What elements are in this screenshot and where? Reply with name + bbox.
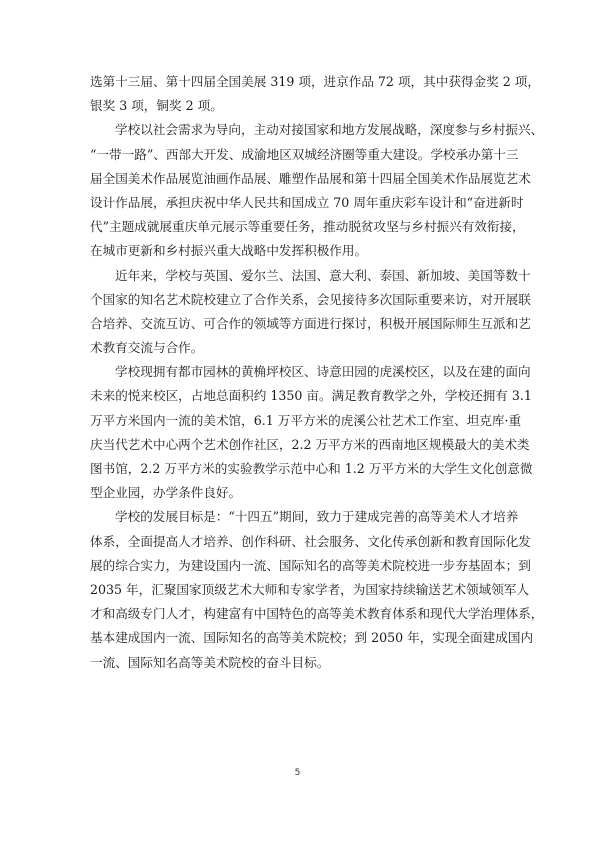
text-line: 图书馆，2.2 万平方米的实验教学示范中心和 1.2 万平方米的大学生文化创意微: [90, 457, 508, 481]
page-number: 5: [0, 768, 595, 778]
text-line: 学校以社会需求为导向，主动对接国家和地方发展战略，深度参与乡村振兴、: [90, 118, 508, 142]
text-line: 庆当代艺术中心两个艺术创作社区，2.2 万平方米的西南地区规模最大的美术类: [90, 433, 508, 457]
text-line: 术教育交流与合作。: [90, 336, 508, 360]
text-line: 万平方米国内一流的美术馆，6.1 万平方米的虎溪公社艺术工作室、坦克库·重: [90, 409, 508, 433]
paragraph-2: 学校以社会需求为导向，主动对接国家和地方发展战略，深度参与乡村振兴、 “一带一路…: [90, 118, 508, 263]
text-line: 基本建成国内一流、国际知名的高等美术院校；到 2050 年，实现全面建成国内: [90, 626, 508, 650]
text-line: 届全国美术作品展览油画作品展、雕塑作品展和第十四届全国美术作品展览艺术: [90, 167, 508, 191]
text-line: 设计作品展，承担庆祝中华人民共和国成立 70 周年重庆彩车设计和“奋进新时: [90, 191, 508, 215]
text-line: 型企业园，办学条件良好。: [90, 481, 508, 505]
text-line: 合培养、交流互访、可合作的领域等方面进行探讨，积极开展国际师生互派和艺: [90, 312, 508, 336]
text-line: 选第十三届、第十四届全国美展 319 项，进京作品 72 项，其中获得金奖 2 …: [90, 70, 508, 94]
text-line: 学校现拥有都市园林的黄桷坪校区、诗意田园的虎溪校区，以及在建的面向: [90, 360, 508, 384]
text-line: 2035 年，汇聚国家顶级艺术大师和专家学者，为国家持续输送艺术领域领军人: [90, 578, 508, 602]
paragraph-3: 近年来，学校与英国、爱尔兰、法国、意大利、泰国、新加坡、美国等数十 个国家的知名…: [90, 264, 508, 361]
paragraph-5: 学校的发展目标是：“十四五”期间，致力于建成完善的高等美术人才培养 体系，全面提…: [90, 505, 508, 674]
document-page: 选第十三届、第十四届全国美展 319 项，进京作品 72 项，其中获得金奖 2 …: [0, 0, 595, 842]
paragraph-1: 选第十三届、第十四届全国美展 319 项，进京作品 72 项，其中获得金奖 2 …: [90, 70, 508, 118]
text-line: 个国家的知名艺术院校建立了合作关系，会见接待多次国际重要来访，对开展联: [90, 288, 508, 312]
body-text: 选第十三届、第十四届全国美展 319 项，进京作品 72 项，其中获得金奖 2 …: [90, 70, 508, 675]
text-line: 才和高级专门人才，构建富有中国特色的高等美术教育体系和现代大学治理体系，: [90, 602, 508, 626]
text-line: 学校的发展目标是：“十四五”期间，致力于建成完善的高等美术人才培养: [90, 505, 508, 529]
text-line: 银奖 3 项，铜奖 2 项。: [90, 94, 508, 118]
text-line: 体系，全面提高人才培养、创作科研、社会服务、文化传承创新和教育国际化发: [90, 530, 508, 554]
text-line: “一带一路”、西部大开发、成渝地区双城经济圈等重大建设。学校承办第十三: [90, 143, 508, 167]
text-line: 未来的悦来校区，占地总面积约 1350 亩。满足教育教学之外，学校还拥有 3.1: [90, 384, 508, 408]
text-line: 一流、国际知名高等美术院校的奋斗目标。: [90, 651, 508, 675]
text-line: 展的综合实力，为建设国内一流、国际知名的高等美术院校进一步夯基固本；到: [90, 554, 508, 578]
paragraph-4: 学校现拥有都市园林的黄桷坪校区、诗意田园的虎溪校区，以及在建的面向 未来的悦来校…: [90, 360, 508, 505]
text-line: 近年来，学校与英国、爱尔兰、法国、意大利、泰国、新加坡、美国等数十: [90, 264, 508, 288]
text-line: 在城市更新和乡村振兴重大战略中发挥积极作用。: [90, 239, 508, 263]
text-line: 代”主题成就展重庆单元展示等重要任务，推动脱贫攻坚与乡村振兴有效衔接，: [90, 215, 508, 239]
